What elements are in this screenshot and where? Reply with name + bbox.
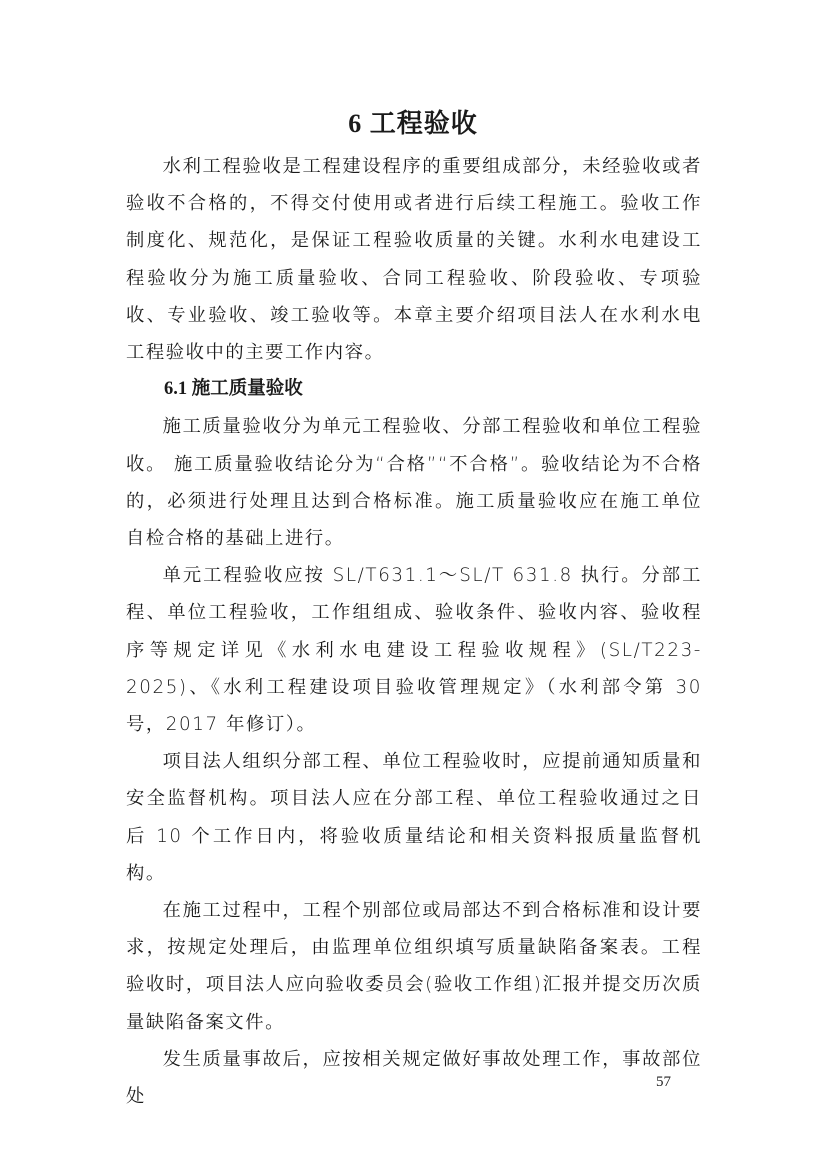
document-page: 6 工程验收 水利工程验收是工程建设程序的重要组成部分，未经验收或者验收不合格的… [0, 0, 826, 1169]
document-body: 水利工程验收是工程建设程序的重要组成部分，未经验收或者验收不合格的，不得交付使用… [126, 148, 702, 1115]
intro-paragraph: 水利工程验收是工程建设程序的重要组成部分，未经验收或者验收不合格的，不得交付使用… [126, 148, 702, 371]
section-paragraph-2: 单元工程验收应按 SL/T631.1～SL/T 631.8 执行。分部工程、单位… [126, 557, 702, 743]
section-paragraph-1: 施工质量验收分为单元工程验收、分部工程验收和单位工程验收。 施工质量验收结论分为… [126, 408, 702, 557]
section-paragraph-4: 在施工过程中，工程个别部位或局部达不到合格标准和设计要求，按规定处理后，由监理单… [126, 892, 702, 1041]
section-heading: 6.1 施工质量验收 [126, 371, 702, 408]
chapter-title: 6 工程验收 [0, 106, 826, 142]
section-paragraph-3: 项目法人组织分部工程、单位工程验收时，应提前通知质量和安全监督机构。项目法人应在… [126, 743, 702, 892]
section-paragraph-5: 发生质量事故后，应按相关规定做好事故处理工作，事故部位处 [126, 1041, 702, 1115]
page-number: 57 [656, 1074, 671, 1091]
